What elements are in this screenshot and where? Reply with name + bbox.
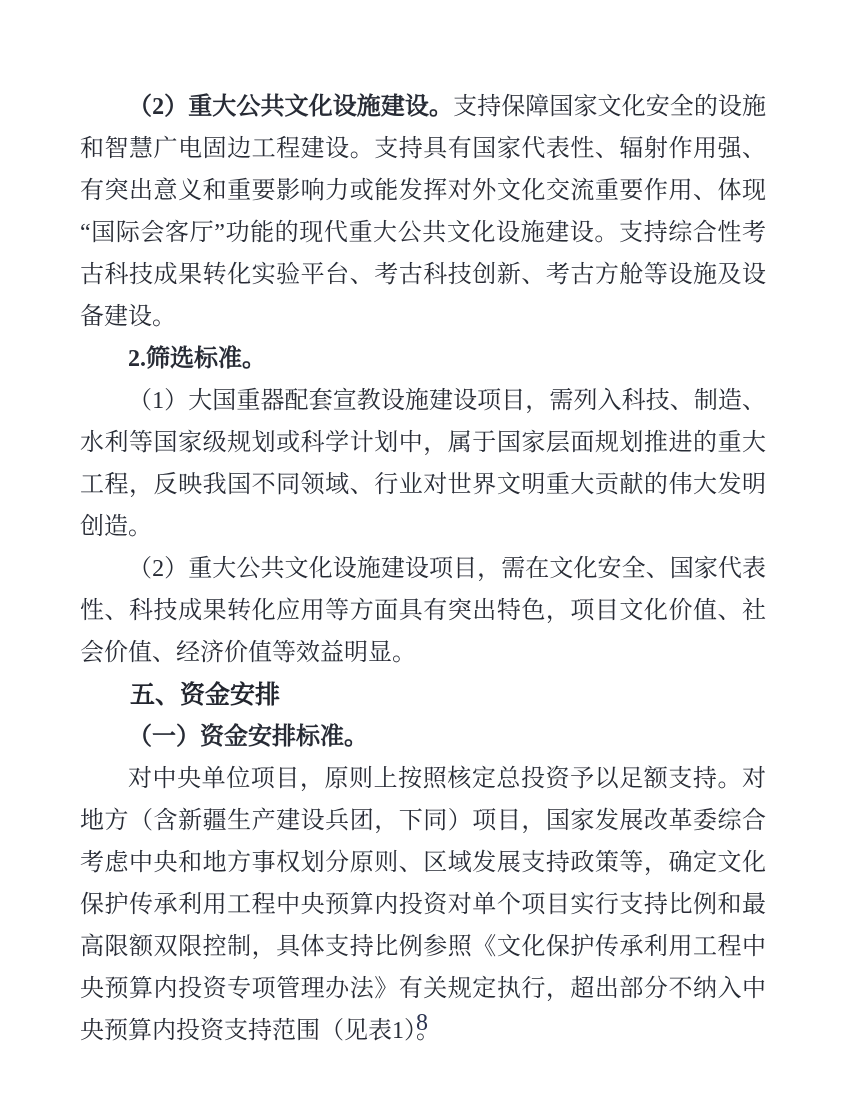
document-body: （2）重大公共文化设施建设。支持保障国家文化安全的设施和智慧广电固边工程建设。支… (80, 86, 766, 1052)
paragraph-public-culture-facilities: （2）重大公共文化设施建设。支持保障国家文化安全的设施和智慧广电固边工程建设。支… (80, 86, 766, 338)
paragraph-text-public-culture: 支持保障国家文化安全的设施和智慧广电固边工程建设。支持具有国家代表性、辐射作用强… (80, 94, 766, 330)
paragraph-screening-item-2: （2）重大公共文化设施建设项目，需在文化安全、国家代表性、科技成果转化应用等方面… (80, 548, 766, 674)
heading-screening-criteria: 2.筛选标准。 (80, 338, 766, 380)
section-heading-funding-arrangement: 五、资金安排 (80, 674, 766, 716)
page-number: 8 (0, 1006, 844, 1040)
document-page: （2）重大公共文化设施建设。支持保障国家文化安全的设施和智慧广电固边工程建设。支… (0, 0, 844, 1115)
heading-funding-standards: （一）资金安排标准。 (80, 716, 766, 758)
paragraph-screening-item-1: （1）大国重器配套宣教设施建设项目，需列入科技、制造、水利等国家级规划或科学计划… (80, 380, 766, 548)
paragraph-lead-public-culture: （2）重大公共文化设施建设。 (128, 94, 453, 120)
